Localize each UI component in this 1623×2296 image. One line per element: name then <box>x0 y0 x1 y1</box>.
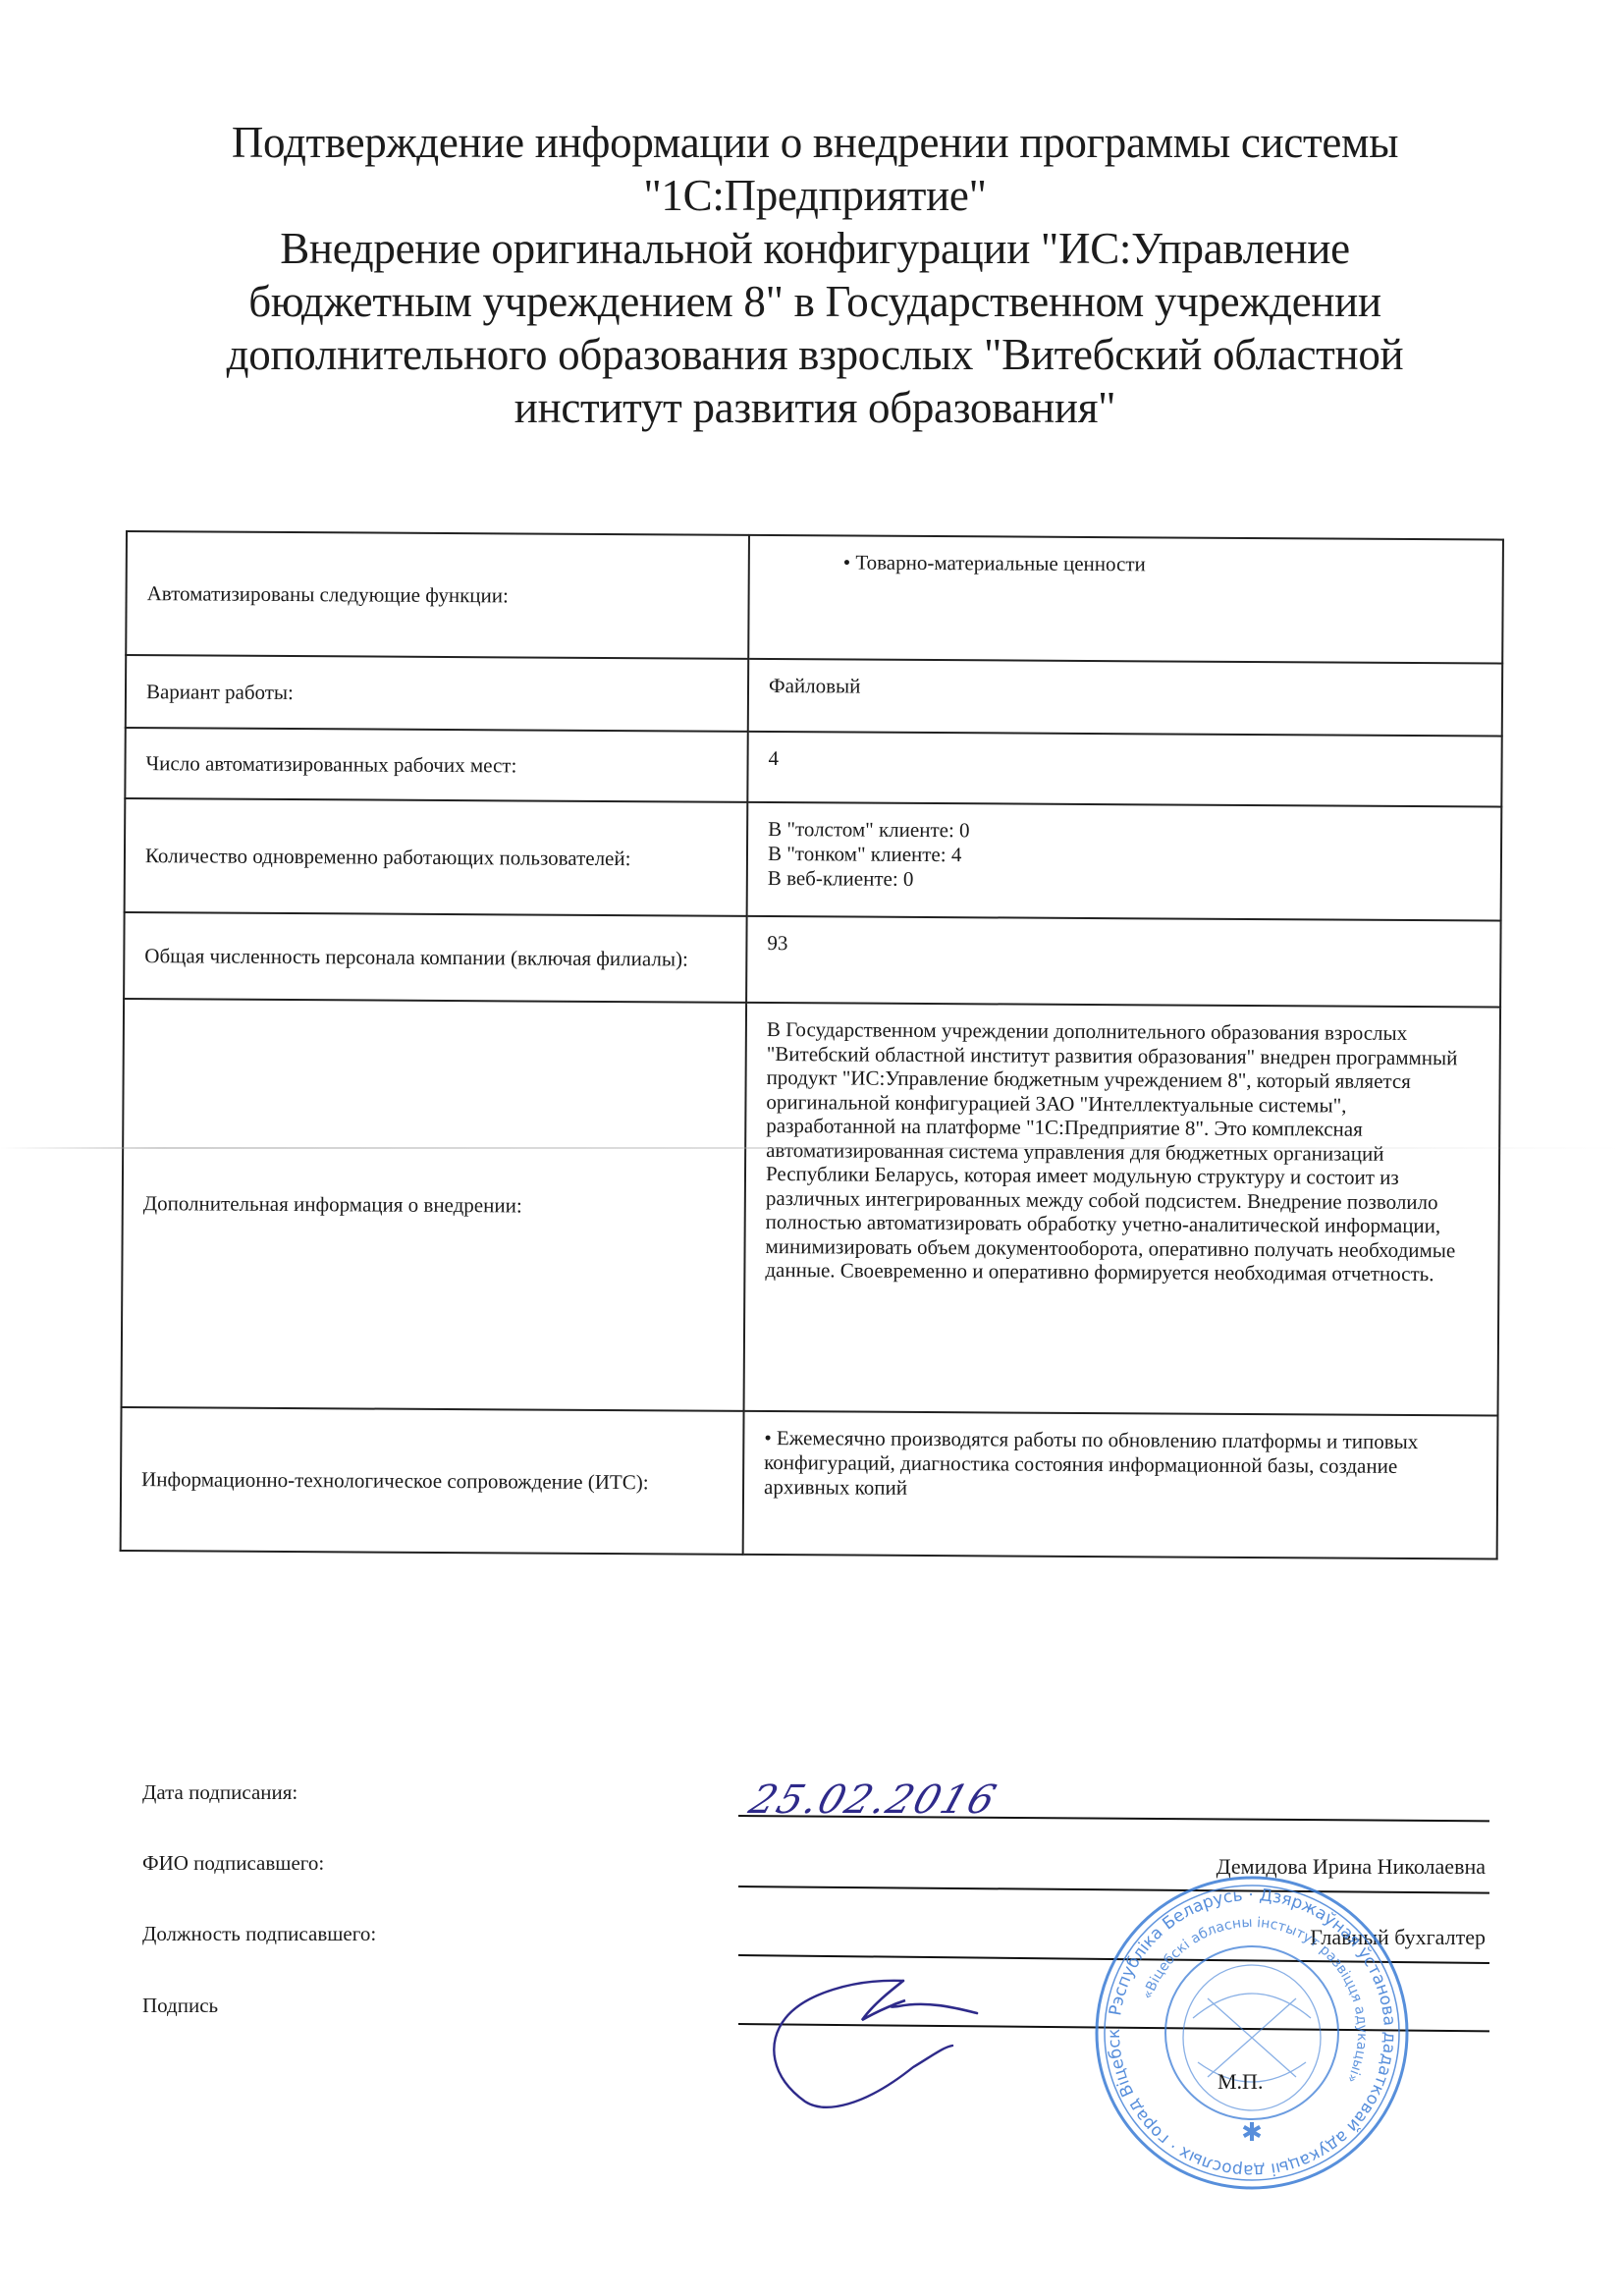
row-label: Дополнительная информация о внедрении: <box>122 999 747 1411</box>
table-row: Общая численность персонала компании (вк… <box>124 912 1501 1008</box>
row-value: В Государственном учреждении дополнитель… <box>744 1003 1501 1416</box>
title-line: Подтверждение информации о внедрении про… <box>118 116 1512 169</box>
table-row: Вариант работы: Файловый <box>126 655 1502 737</box>
title-line: "1С:Предприятие" <box>118 169 1512 222</box>
row-value: В "толстом" клиенте: 0 В "тонком" клиент… <box>747 802 1502 921</box>
position-label: Должность подписавшего: <box>142 1922 376 1946</box>
official-stamp-icon: Рэспубліка Беларусь · Дзяржаўная ўстанов… <box>1090 1871 1414 2195</box>
row-value: Товарно-материальные ценности <box>748 535 1503 664</box>
row-value: 93 <box>746 916 1501 1008</box>
title-line: дополнительного образования взрослых "Ви… <box>118 328 1512 381</box>
scan-fold-line <box>0 1147 1623 1149</box>
row-label: Автоматизированы следующие функции: <box>126 531 749 659</box>
date-label: Дата подписания: <box>142 1780 298 1805</box>
its-item: Ежемесячно производятся работы по обновл… <box>764 1426 1477 1503</box>
svg-text:✱: ✱ <box>1241 2118 1263 2147</box>
row-value: Файловый <box>748 659 1502 737</box>
row-label: Информационно-технологическое сопровожде… <box>121 1407 744 1555</box>
svg-text:«Віцебскі абласны інстытут раз: «Віцебскі абласны інстытут развіцця адук… <box>1140 1915 1370 2086</box>
table-row: Автоматизированы следующие функции: Това… <box>126 531 1503 664</box>
row-value: Ежемесячно производятся работы по обновл… <box>743 1411 1498 1559</box>
name-label: ФИО подписавшего: <box>142 1851 324 1876</box>
row-value: 4 <box>747 732 1501 807</box>
title-line: институт развития образования" <box>118 381 1512 434</box>
title-line: бюджетным учреждением 8" в Государственн… <box>118 275 1512 328</box>
row-label: Вариант работы: <box>126 655 748 732</box>
table-row: Дополнительная информация о внедрении: В… <box>122 999 1501 1416</box>
signature-label: Подпись <box>142 1994 218 2018</box>
row-label: Количество одновременно работающих польз… <box>125 798 748 916</box>
stamp-place-mark: М.П. <box>1217 2069 1263 2095</box>
web-client-count: В веб-клиенте: 0 <box>768 866 1481 895</box>
row-label: Число автоматизированных рабочих мест: <box>125 728 747 802</box>
title-line: Внедрение оригинальной конфигурации "ИС:… <box>118 222 1512 275</box>
handwritten-signature-icon <box>746 1969 1080 2116</box>
table-row: Количество одновременно работающих польз… <box>125 798 1502 921</box>
table-row: Информационно-технологическое сопровожде… <box>121 1407 1498 1559</box>
function-item: Товарно-материальные ценности <box>843 550 1483 578</box>
document-title: Подтверждение информации о внедрении про… <box>118 116 1512 434</box>
implementation-info-table: Автоматизированы следующие функции: Това… <box>120 530 1504 1560</box>
row-label: Общая численность персонала компании (вк… <box>124 912 747 1003</box>
table-row: Число автоматизированных рабочих мест: 4 <box>125 728 1501 807</box>
